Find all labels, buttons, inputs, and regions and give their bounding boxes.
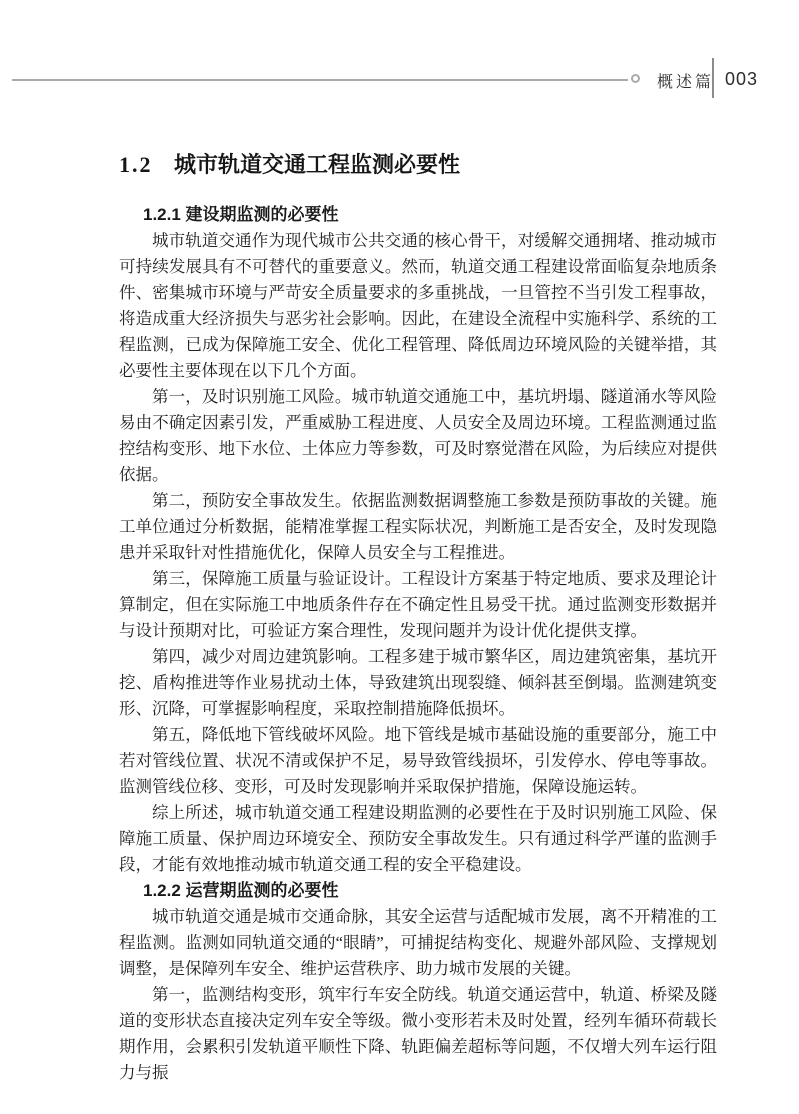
header-divider [712, 58, 714, 98]
paragraph-operation-point-1: 第一，监测结构变形，筑牢行车安全防线。轨道交通运营中，轨道、桥梁及隧道的变形状态… [119, 982, 717, 1086]
section-operation-period: 1.2.2 运营期监测的必要性 城市轨道交通是城市交通命脉，其安全运营与适配城市… [119, 878, 717, 1086]
page-number: 003 [725, 69, 758, 90]
section-construction-period: 1.2.1 建设期监测的必要性 城市轨道交通作为现代城市公共交通的核心骨干，对缓… [119, 202, 717, 878]
paragraph-point-3: 第三，保障施工质量与验证设计。工程设计方案基于特定地质、要求及理论计算制定，但在… [119, 566, 717, 644]
chapter-number: 1.2 [119, 152, 153, 177]
chapter-title: 1.2 城市轨道交通工程监测必要性 [119, 150, 717, 180]
book-page: 概述篇 003 1.2 城市轨道交通工程监测必要性 1.2.1 建设期监测的必要… [0, 0, 799, 1114]
page-header: 概述篇 003 [0, 0, 799, 110]
paragraph-intro-operation: 城市轨道交通是城市交通命脉，其安全运营与适配城市发展，离不开精准的工程监测。监测… [119, 904, 717, 982]
section-heading-construction: 1.2.1 建设期监测的必要性 [143, 202, 717, 228]
paragraph-point-5: 第五，降低地下管线破坏风险。地下管线是城市基础设施的重要部分，施工中若对管线位置… [119, 722, 717, 800]
paragraph-summary-construction: 综上所述，城市轨道交通工程建设期监测的必要性在于及时识别施工风险、保障施工质量、… [119, 800, 717, 878]
header-section-label: 概述篇 [657, 69, 714, 92]
paragraph-point-2: 第二，预防安全事故发生。依据监测数据调整施工参数是预防事故的关键。施工单位通过分… [119, 488, 717, 566]
paragraph-intro-construction: 城市轨道交通作为现代城市公共交通的核心骨干，对缓解交通拥堵、推动城市可持续发展具… [119, 228, 717, 384]
paragraph-point-4: 第四，减少对周边建筑影响。工程多建于城市繁华区，周边建筑密集，基坑开挖、盾构推进… [119, 644, 717, 722]
section-heading-operation: 1.2.2 运营期监测的必要性 [143, 878, 717, 904]
header-rule [12, 79, 628, 81]
page-content: 1.2 城市轨道交通工程监测必要性 1.2.1 建设期监测的必要性 城市轨道交通… [119, 150, 717, 1086]
paragraph-point-1: 第一，及时识别施工风险。城市轨道交通施工中，基坑坍塌、隧道涌水等风险易由不确定因… [119, 384, 717, 488]
open-circle-icon [631, 74, 640, 83]
chapter-title-text: 城市轨道交通工程监测必要性 [174, 152, 460, 177]
